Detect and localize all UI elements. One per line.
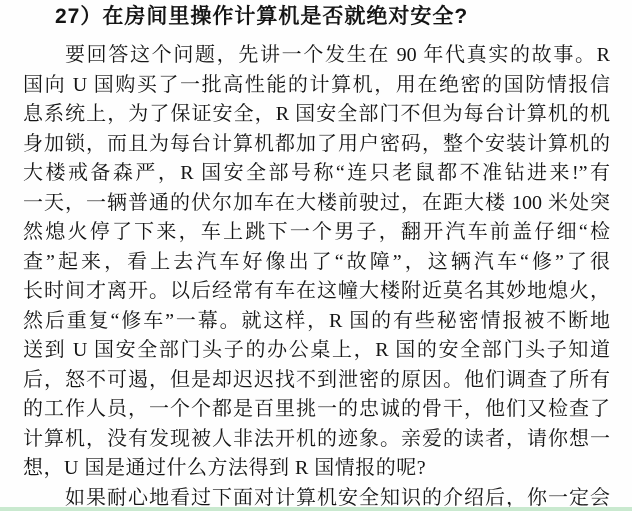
text-line: 一天，一辆普通的伏尔加车在大楼前驶过，在距大楼 100 米处突: [23, 189, 610, 219]
text-line: 然后重复“修车”一幕。就这样，R 国的有些秘密情报被不断地: [23, 307, 610, 337]
text-line: 后，怒不可遏，但是却迟迟找不到泄密的原因。他们调查了所有: [23, 366, 610, 396]
text-line: 身加锁，而且为每台计算机都加了用户密码，整个安装计算机的: [23, 130, 610, 160]
text-line: 想，U 国是通过什么方法得到 R 国情报的呢?: [23, 454, 610, 484]
text-line: 要回答这个问题，先讲一个发生在 90 年代真实的故事。R: [23, 41, 610, 71]
text-line: 计算机，没有发现被人非法开机的迹象。亲爱的读者，请你想一: [23, 425, 610, 455]
text-line: 大楼戒备森严，R 国安全部号称“连只老鼠都不准钻进来!”有: [23, 159, 610, 189]
text-line: 国向 U 国购买了一批高性能的计算机，用在绝密的国防情报信: [23, 71, 610, 101]
body-text: 要回答这个问题，先讲一个发生在 90 年代真实的故事。R国向 U 国购买了一批高…: [23, 41, 610, 511]
text-line: 长时间才离开。以后经常有车在这幢大楼附近莫名其妙地熄火，: [23, 277, 610, 307]
text-line: 查”起来，看上去汽车好像出了“故障”，这辆汽车“修”了很: [23, 248, 610, 278]
text-line: 的工作人员，一个个都是百里挑一的忠诚的骨干，他们又检查了: [23, 395, 610, 425]
text-line: 然熄火停了下来，车上跳下一个男子，翻开汽车前盖仔细“检: [23, 218, 610, 248]
text-line: 送到 U 国安全部门头子的办公桌上，R 国的安全部门头子知道: [23, 336, 610, 366]
scan-edge-artifact: [0, 507, 632, 511]
text-line: 息系统上，为了保证安全，R 国安全部门不但为每台计算机的机: [23, 100, 610, 130]
document-page: 27）在房间里操作计算机是否就绝对安全? 要回答这个问题，先讲一个发生在 90 …: [0, 0, 632, 511]
section-heading: 27）在房间里操作计算机是否就绝对安全?: [23, 3, 610, 30]
